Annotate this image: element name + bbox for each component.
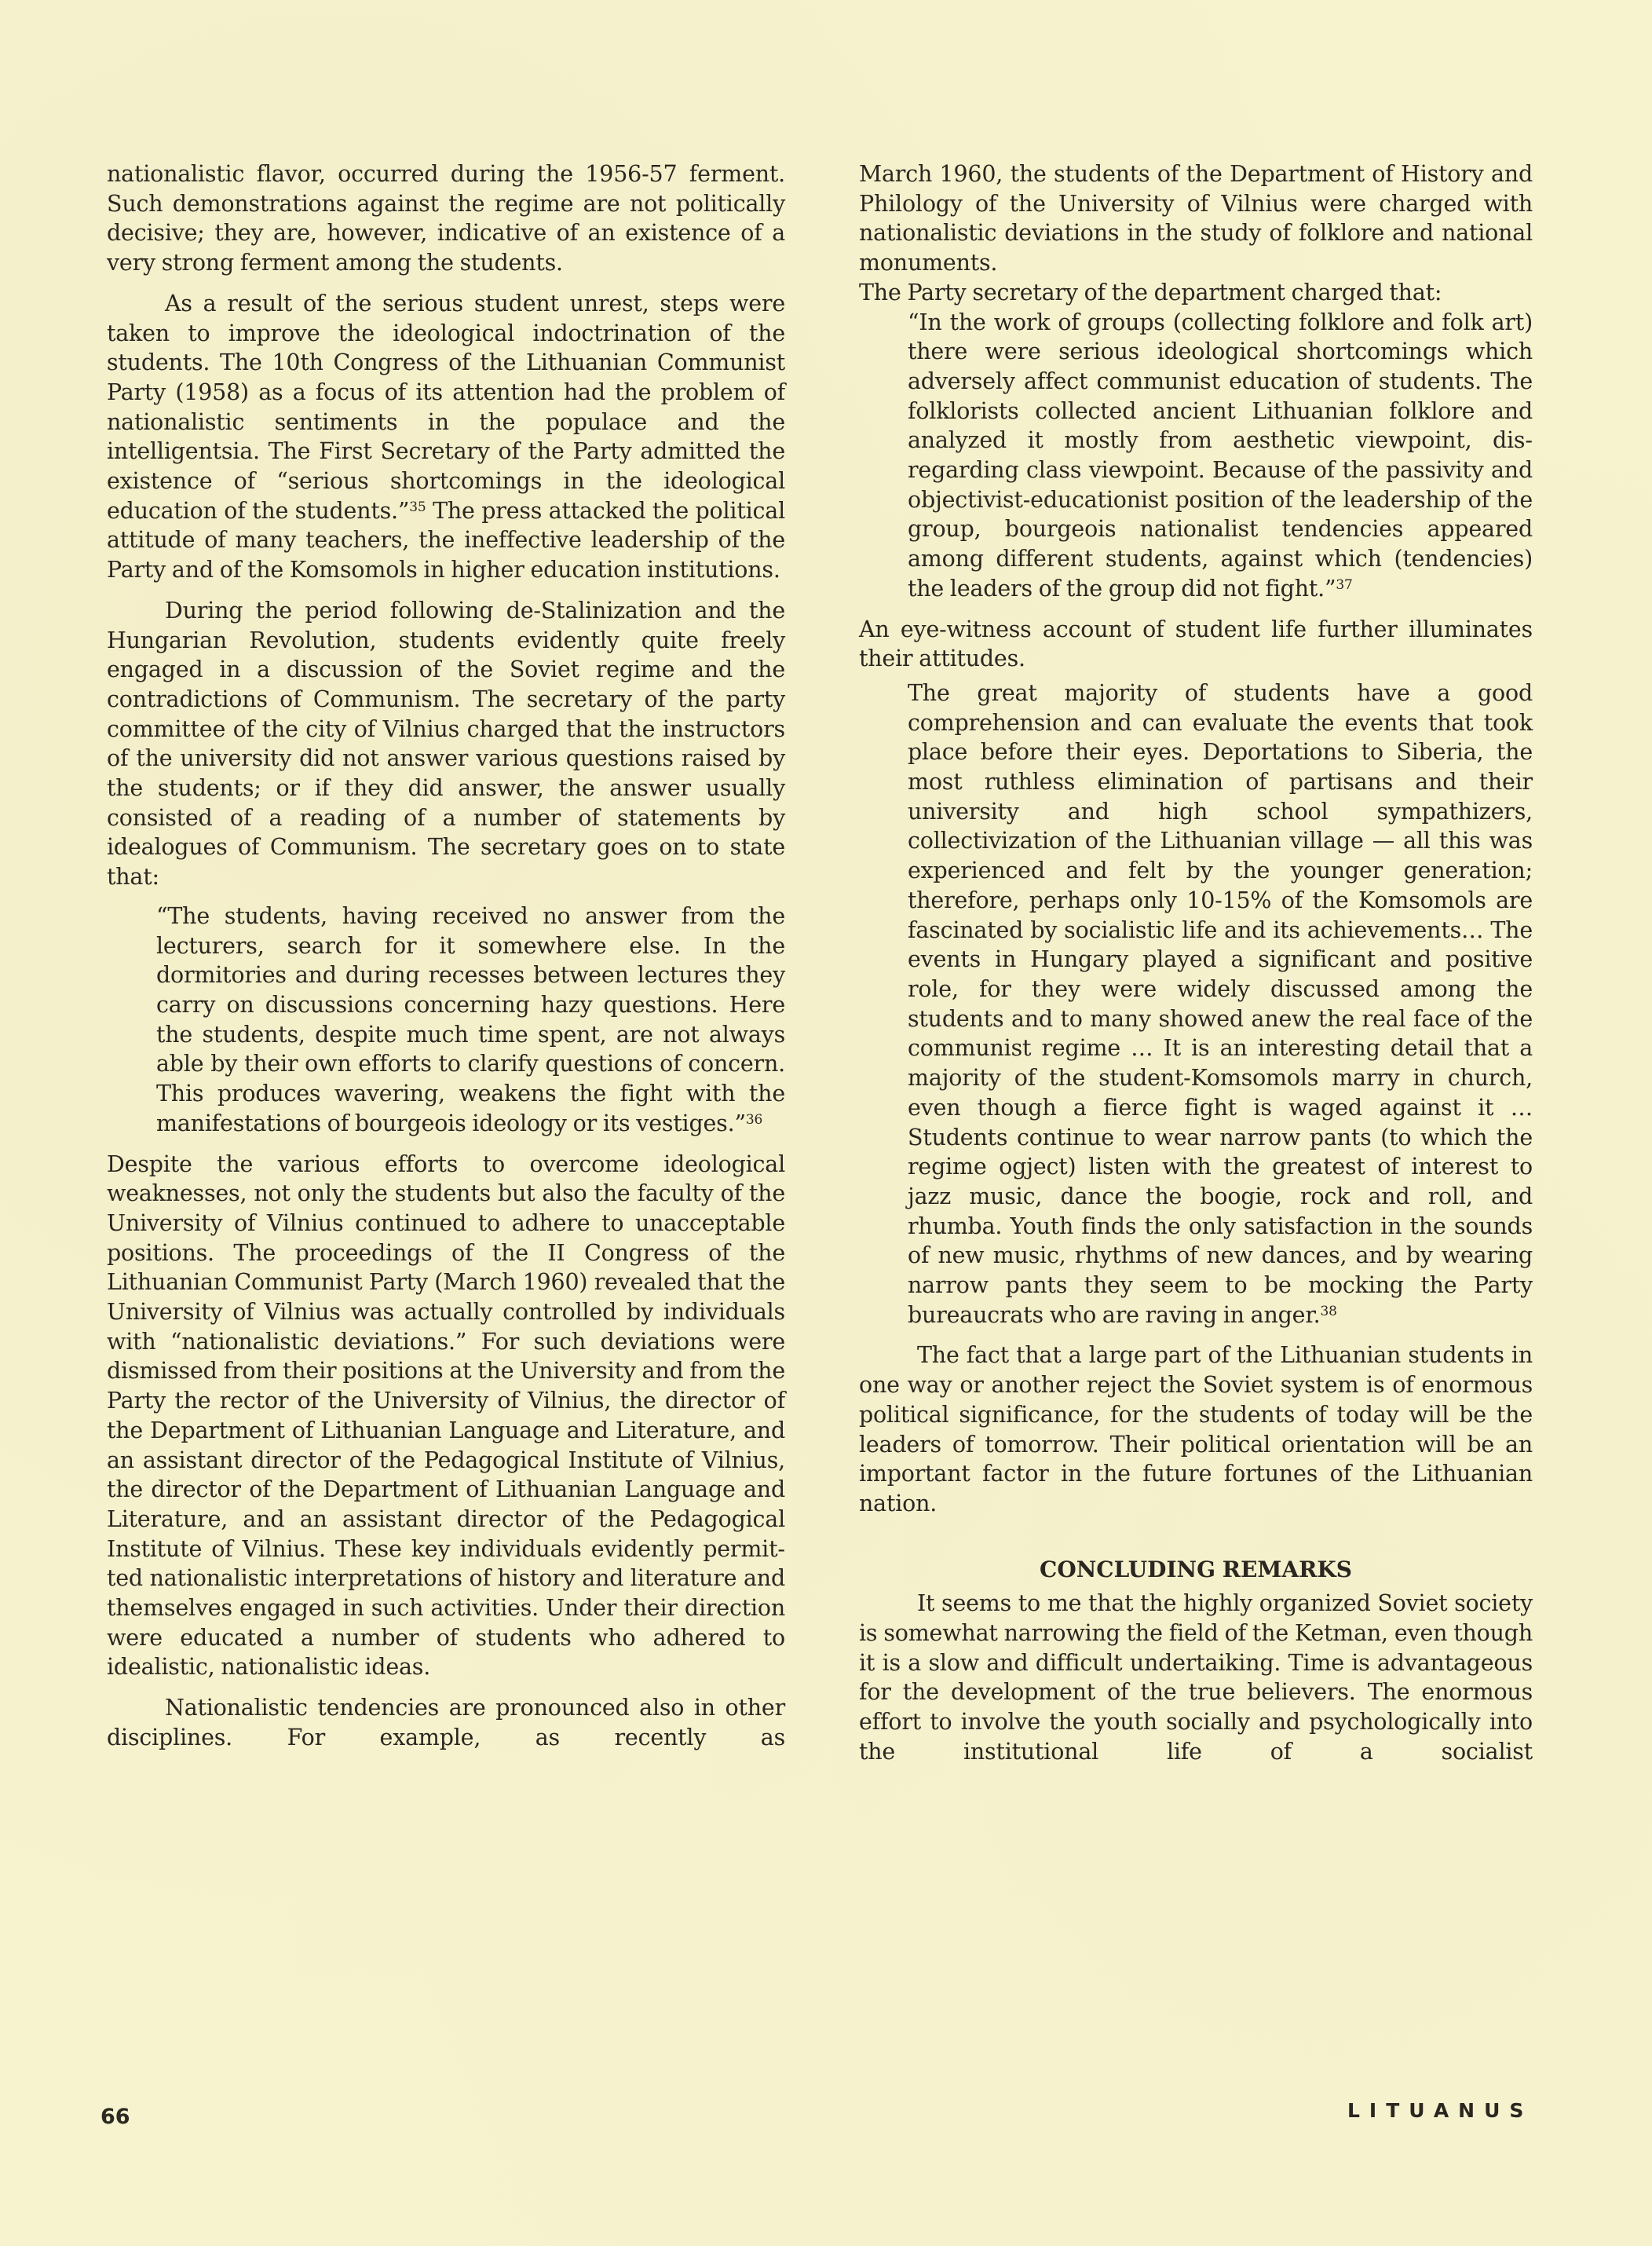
paragraph: The Party secretary of the department ch…	[859, 278, 1533, 308]
section-heading: CONCLUDING REMARKS	[859, 1555, 1533, 1585]
page-number: 66	[101, 2105, 130, 2129]
paragraph: Nationalistic tendencies are pronounced …	[107, 1693, 785, 1752]
quote-text: “The students, having received no answer…	[156, 903, 785, 1136]
quote-text: “In the work of groups (collecting folkl…	[908, 309, 1533, 602]
paragraph: March 1960, the students of the Departme…	[859, 159, 1533, 278]
quote-text: The great majority of students have a go…	[908, 680, 1533, 1328]
paragraph: An eye-witness account of student life f…	[859, 615, 1533, 674]
paragraph: It seems to me that the highly organized…	[859, 1589, 1533, 1766]
paragraph: As a result of the serious student unres…	[107, 289, 785, 585]
block-quote: The great majority of students have a go…	[908, 679, 1533, 1330]
paragraph-text: As a result of the serious student unres…	[107, 291, 785, 524]
footnote-ref: 37	[1336, 577, 1352, 593]
paragraph: The fact that a large part of the Lithua…	[859, 1341, 1533, 1518]
paragraph: nationalistic flavor, occurred during th…	[107, 159, 785, 278]
footnote-ref: 36	[746, 1112, 762, 1128]
block-quote: “In the work of groups (collecting folkl…	[908, 308, 1533, 604]
block-quote: “The students, having received no answer…	[156, 902, 785, 1139]
paragraph: Despite the various efforts to overcome …	[107, 1150, 785, 1683]
left-column: nationalistic flavor, occurred during th…	[107, 159, 785, 1753]
footnote-ref: 38	[1321, 1304, 1337, 1319]
footnote-ref: 35	[409, 499, 426, 515]
journal-name: LITUANUS	[1347, 2099, 1533, 2122]
right-column: March 1960, the students of the Departme…	[859, 159, 1533, 1767]
paragraph: During the period following de-Staliniza…	[107, 596, 785, 892]
